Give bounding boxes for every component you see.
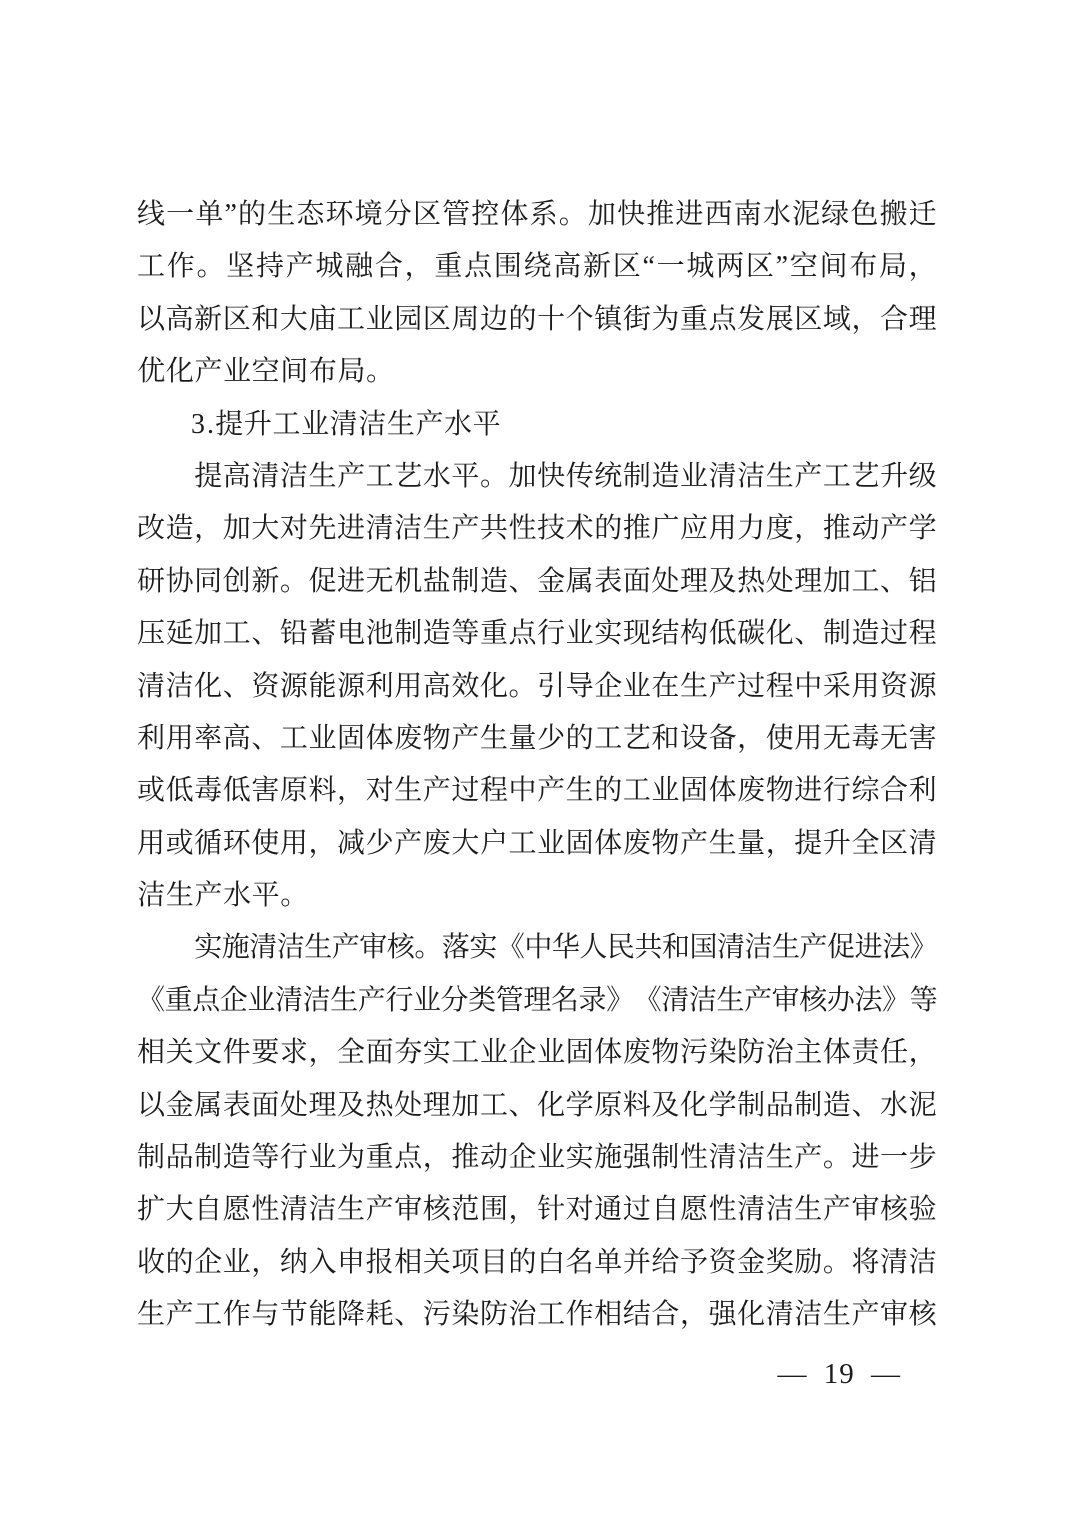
text-line: 扩大自愿性清洁生产审核范围，针对通过自愿性清洁生产审核验	[137, 1184, 937, 1236]
text-line: 相关文件要求，全面夯实工业企业固体废物污染防治主体责任，	[137, 1027, 937, 1079]
text-line: 线一单”的生态环境分区管控体系。加快推进西南水泥绿色搬迁	[137, 189, 937, 241]
text-line: 压延加工、铅蓄电池制造等重点行业实现结构低碳化、制造过程	[137, 608, 937, 660]
text-line: 《重点企业清洁生产行业分类管理名录》《清洁生产审核办法》等	[137, 975, 937, 1027]
text-line: 利用率高、工业固体废物产生量少的工艺和设备，使用无毒无害	[137, 713, 937, 765]
text-line: 或低毒低害原料，对生产过程中产生的工业固体废物进行综合利	[137, 765, 937, 817]
text-line: 优化产业空间布局。	[137, 346, 937, 398]
text-line: 制品制造等行业为重点，推动企业实施强制性清洁生产。进一步	[137, 1132, 937, 1184]
text-line: 收的企业，纳入申报相关项目的白名单并给予资金奖励。将清洁	[137, 1237, 937, 1289]
text-line: 实施清洁生产审核。落实《中华人民共和国清洁生产促进法》	[137, 922, 937, 974]
text-line: 以金属表面处理及热处理加工、化学原料及化学制品制造、水泥	[137, 1080, 937, 1132]
section-heading: 3.提升工业清洁生产水平	[137, 399, 937, 451]
text-line: 以高新区和大庙工业园区周边的十个镇街为重点发展区域，合理	[137, 294, 937, 346]
page-number: — 19 —	[778, 1352, 902, 1396]
document-page: 线一单”的生态环境分区管控体系。加快推进西南水泥绿色搬迁工作。坚持产城融合，重点…	[0, 0, 1074, 1520]
text-line: 研协同创新。促进无机盐制造、金属表面处理及热处理加工、铝	[137, 556, 937, 608]
text-line: 清洁化、资源能源利用高效化。引导企业在生产过程中采用资源	[137, 661, 937, 713]
document-body: 线一单”的生态环境分区管控体系。加快推进西南水泥绿色搬迁工作。坚持产城融合，重点…	[137, 189, 937, 1342]
text-line: 提高清洁生产工艺水平。加快传统制造业清洁生产工艺升级	[137, 451, 937, 503]
text-line: 用或循环使用，减少产废大户工业固体废物产生量，提升全区清	[137, 818, 937, 870]
text-line: 工作。坚持产城融合，重点围绕高新区“一城两区”空间布局，	[137, 241, 937, 293]
text-line: 改造，加大对先进清洁生产共性技术的推广应用力度，推动产学	[137, 503, 937, 555]
text-line: 洁生产水平。	[137, 870, 937, 922]
text-line: 生产工作与节能降耗、污染防治工作相结合，强化清洁生产审核	[137, 1289, 937, 1341]
